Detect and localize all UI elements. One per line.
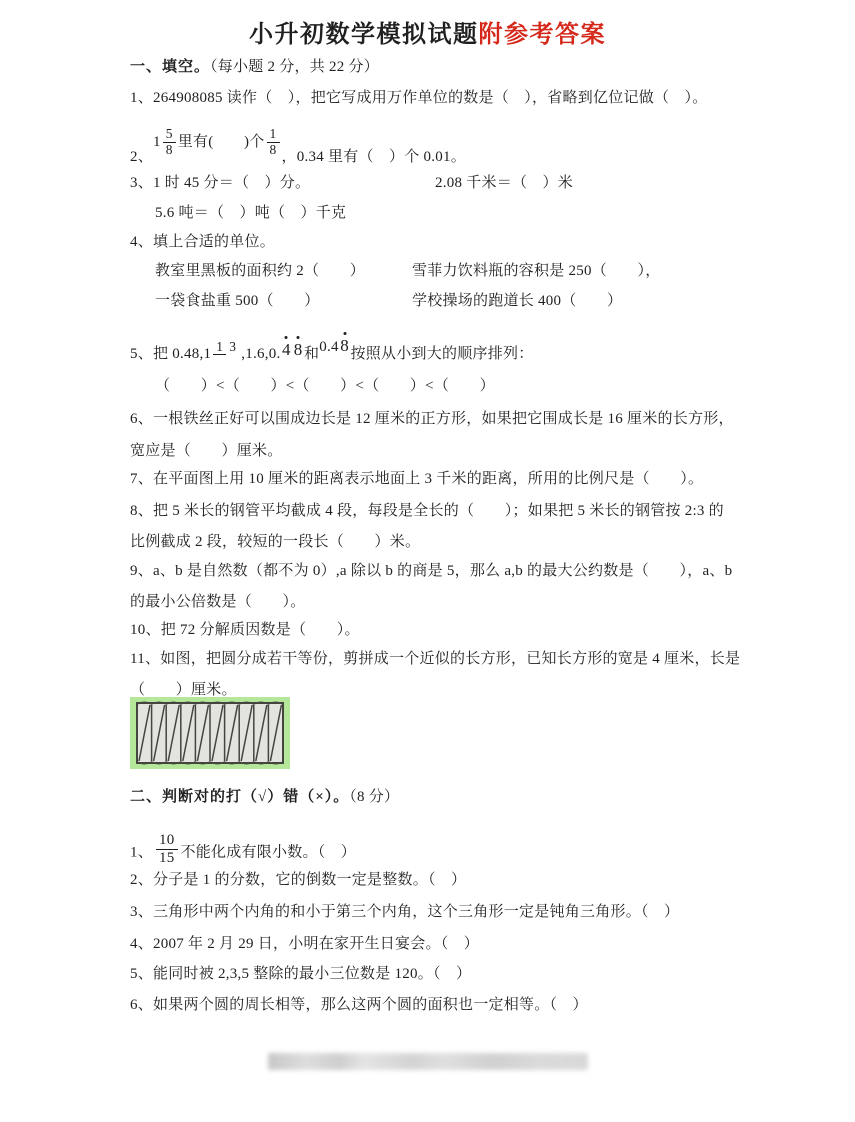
s1-q11a: 11、如图，把圆分成若干等份，剪拼成一个近似的长方形，已知长方形的宽是 4 厘米… — [130, 648, 740, 671]
page-title: 小升初数学模拟试题附参考答案 — [0, 14, 855, 49]
section2-heading-bold: 二、判断对的打（√）错（×）。 — [130, 789, 349, 805]
s1-q8b: 比例截成 2 段，较短的一段长（ ）米。 — [130, 531, 420, 554]
s1-q4a-right: 雪菲力饮料瓶的容积是 250（ ）， — [412, 260, 661, 283]
exam-paper-page: 小升初数学模拟试题附参考答案 一、填空。（每小题 2 分，共 22 分） 1、2… — [0, 0, 855, 1122]
s1-q5b-answer-slots: （ ）<（ ）<（ ）<（ ）<（ ） — [155, 375, 495, 398]
fraction-numerator: 5 — [163, 127, 176, 143]
s1-q8a: 8、把 5 米长的钢管平均截成 4 段，每段是全长的（ ）；如果把 5 米长的钢… — [130, 500, 724, 523]
title-main: 小升初数学模拟试题 — [249, 22, 479, 48]
s1-q5-second-decimal: 0.48 — [319, 336, 350, 359]
fraction-denominator: 8 — [163, 143, 176, 158]
s2-q1-fraction-10-15: 1015 — [156, 832, 178, 866]
s1-q2-mid-text: 里有( )个 — [178, 134, 265, 150]
section1-heading-note: （每小题 2 分，共 22 分） — [210, 59, 379, 75]
s1-q7: 7、在平面图上用 10 厘米的距离表示地面上 3 千米的距离，所用的比例尺是（ … — [130, 468, 703, 491]
fraction-numerator: 1 — [267, 127, 280, 143]
section2-heading: 二、判断对的打（√）错（×）。（8 分） — [130, 786, 399, 809]
s1-q6b: 宽应是（ ）厘米。 — [130, 440, 283, 463]
s2-q2: 2、分子是 1 的分数，它的倒数一定是整数。（ ） — [130, 869, 466, 892]
s1-q5-fraction-1-3: 13 — [213, 340, 239, 355]
repeating-digit-8: 8 — [294, 341, 303, 358]
s1-q9b: 的最小公倍数是（ ）。 — [130, 591, 306, 614]
s1-q3b: 5.6 吨＝（ ）吨（ ）千克 — [155, 202, 346, 225]
repeating-digit-8: 8 — [340, 337, 349, 354]
s2-q5: 5、能同时被 2,3,5 整除的最小三位数是 120。（ ） — [130, 963, 471, 986]
s1-q5: 5、把 0.48,113,1.6,0.48和0.48按照从小到大的顺序排列： — [130, 343, 534, 366]
fraction-denominator: 15 — [156, 850, 178, 867]
s1-q2-fraction-5-8: 58 — [163, 127, 176, 158]
s1-q4b-right: 学校操场的跑道长 400（ ） — [412, 290, 622, 313]
s1-q5-and: 和 — [304, 346, 319, 362]
s1-q5-tail: 按照从小到大的顺序排列： — [351, 346, 534, 362]
circle-sectors-figure — [130, 697, 290, 769]
s1-q3-left: 3、1 时 45 分＝（ ）分。 — [130, 172, 310, 195]
fraction-denominator: 8 — [267, 143, 280, 158]
s1-q5-decimal-lead: 0.4 — [319, 339, 339, 355]
s2-q1-number: 1、 — [130, 844, 153, 860]
s1-q2-number: 2、 — [130, 149, 153, 165]
s1-q10: 10、把 72 分解质因数是（ ）。 — [130, 619, 360, 642]
blurred-watermark — [268, 1053, 588, 1070]
s1-q4b-left: 一袋食盐重 500（ ） — [155, 290, 320, 313]
s2-q4: 4、2007 年 2 月 29 日，小明在家开生日宴会。（ ） — [130, 933, 479, 956]
s1-q9a: 9、a、b 是自然数（都不为 0）,a 除以 b 的商是 5，那么 a,b 的最… — [130, 560, 732, 583]
s1-q3-right: 2.08 千米＝（ ）米 — [435, 172, 573, 195]
s2-q1-tail: 不能化成有限小数。（ ） — [181, 844, 357, 860]
s1-q5-lead: 5、把 0.48,1 — [130, 346, 211, 362]
fraction-numerator: 10 — [156, 832, 178, 850]
s1-q6a: 6、一根铁丝正好可以围成边长是 12 厘米的正方形，如果把它围成长是 16 厘米… — [130, 408, 734, 431]
s1-q4: 4、填上合适的单位。 — [130, 231, 275, 254]
s1-q2-tail: ，0.34 里有（ ）个 0.01。 — [282, 149, 467, 165]
section1-heading: 一、填空。（每小题 2 分，共 22 分） — [130, 56, 379, 79]
repeating-digit-4: 4 — [282, 341, 291, 358]
s1-q4a-left: 教室里黑板的面积约 2（ ） — [155, 260, 365, 283]
circle-sectors-svg — [130, 697, 290, 769]
fraction-denominator: 3 — [226, 339, 239, 354]
s1-q2-expression: 158里有( )个18 — [153, 134, 282, 150]
s2-q3: 3、三角形中两个内角的和小于第三个内角，这个三角形一定是钝角三角形。（ ） — [130, 901, 679, 924]
section1-heading-bold: 一、填空。 — [130, 59, 210, 75]
section2-heading-note: （8 分） — [349, 789, 399, 805]
s1-q2: 2、158里有( )个18，0.34 里有（ ）个 0.01。 — [130, 142, 466, 173]
s2-q1: 1、1015不能化成有限小数。（ ） — [130, 836, 356, 870]
title-answer-note: 附参考答案 — [479, 22, 607, 48]
s1-q5-mid: ,1.6,0. — [241, 346, 280, 362]
s1-q2-whole: 1 — [153, 134, 161, 150]
s2-q6: 6、如果两个圆的周长相等，那么这两个圆的面积也一定相等。（ ） — [130, 994, 588, 1017]
fraction-numerator: 1 — [213, 339, 226, 355]
s1-q1: 1、264908085 读作（ ），把它写成用万作单位的数是（ ），省略到亿位记… — [130, 87, 708, 110]
s1-q2-fraction-1-8: 18 — [267, 127, 280, 158]
